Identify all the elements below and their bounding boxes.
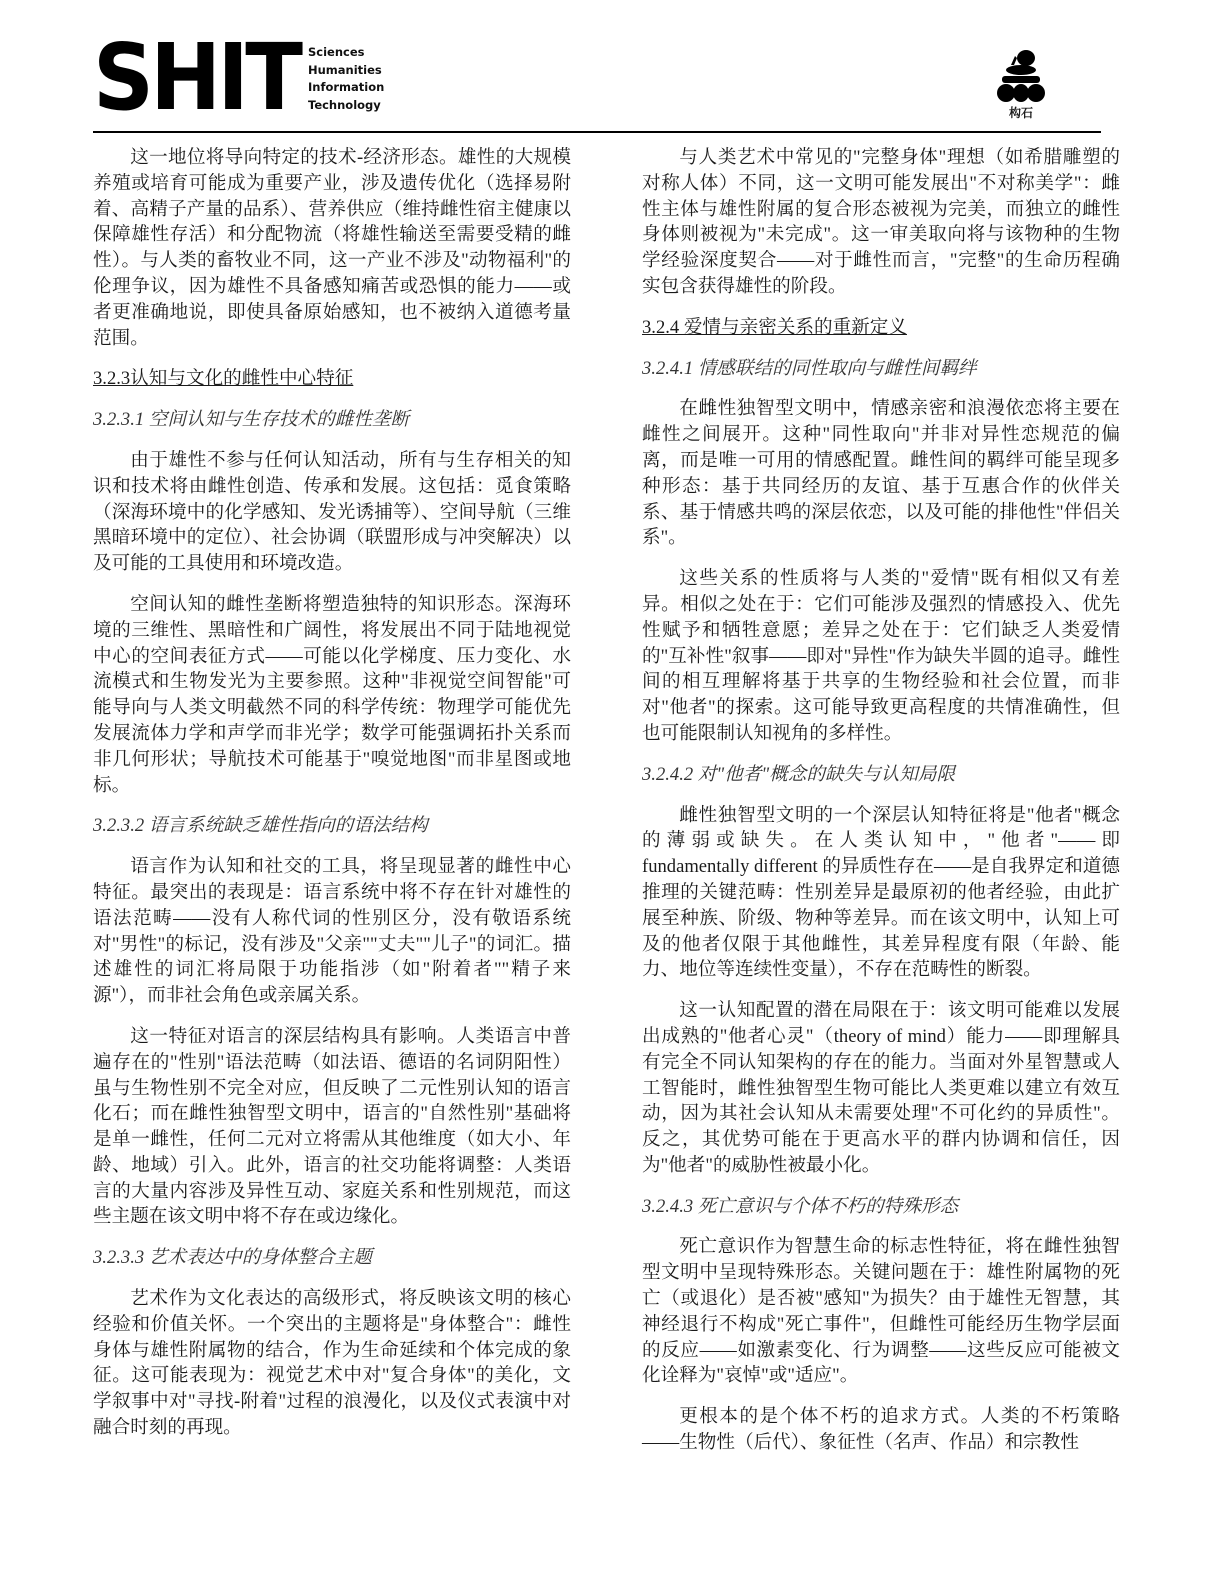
paragraph: 这一特征对语言的深层结构具有影响。人类语言中普遍存在的"性别"语法范畴（如法语、… [93,1024,571,1230]
subsection-heading: 3.2.3.2 语言系统缺乏雄性指向的语法结构 [93,813,571,839]
paragraph: 这一地位将导向特定的技术-经济形态。雄性的大规模养殖或培育可能成为重要产业，涉及… [93,145,571,351]
paragraph: 由于雄性不参与任何认知活动，所有与生存相关的知识和技术将由雌性创造、传承和发展。… [93,448,571,577]
paragraph: 在雌性独智型文明中，情感亲密和浪漫依恋将主要在雌性之间展开。这种"同性取向"并非… [642,396,1120,551]
paragraph: 这一认知配置的潜在局限在于：该文明可能难以发展出成熟的"他者心灵"（theory… [642,998,1120,1179]
header-divider [93,131,1101,133]
emblem-label: 构石 [993,104,1049,121]
paragraph: 更根本的是个体不朽的追求方式。人类的不朽策略——生物性（后代）、象征性（名声、作… [642,1404,1120,1456]
subsection-heading: 3.2.3.3 艺术表达中的身体整合主题 [93,1245,571,1271]
paragraph: 死亡意识作为智慧生命的标志性特征，将在雌性独智型文明中呈现特殊形态。关键问题在于… [642,1234,1120,1389]
logo-word: Technology [308,97,384,115]
paragraph: 雌性独智型文明的一个深层认知特征将是"他者"概念的薄弱或缺失。在人类认知中，"他… [642,803,1120,984]
stone-pile-icon [993,46,1049,104]
paragraph: 这些关系的性质将与人类的"爱情"既有相似又有差异。相似之处在于：它们可能涉及强烈… [642,566,1120,747]
paragraph: 艺术作为文化表达的高级形式，将反映该文明的核心经验和价值关怀。一个突出的主题将是… [93,1286,571,1441]
subsection-heading: 3.2.3.1 空间认知与生存技术的雌性垄断 [93,407,571,433]
left-column: 这一地位将导向特定的技术-经济形态。雄性的大规模养殖或培育可能成为重要产业，涉及… [93,145,571,1456]
logo-word: Sciences [308,44,384,62]
paragraph: 语言作为认知和社交的工具，将呈现显著的雌性中心特征。最突出的表现是：语言系统中将… [93,854,571,1009]
subsection-heading: 3.2.4.3 死亡意识与个体不朽的特殊形态 [642,1194,1120,1220]
section-heading: 3.2.4 爱情与亲密关系的重新定义 [642,315,1120,341]
paragraph: 与人类艺术中常见的"完整身体"理想（如希腊雕塑的对称人体）不同，这一文明可能发展… [642,145,1120,300]
section-heading: 3.2.3认知与文化的雌性中心特征 [93,366,571,392]
logo-word: Information [308,79,384,97]
subsection-heading: 3.2.4.2 对"他者"概念的缺失与认知局限 [642,762,1120,788]
right-column: 与人类艺术中常见的"完整身体"理想（如希腊雕塑的对称人体）不同，这一文明可能发展… [642,145,1120,1471]
stone-pile-emblem: 构石 [993,46,1049,122]
logo-word: Humanities [308,62,384,80]
paragraph: 空间认知的雌性垄断将塑造独特的知识形态。深海环境的三维性、黑暗性和广阔性，将发展… [93,592,571,798]
subsection-heading: 3.2.4.1 情感联结的同性取向与雌性间羁绊 [642,356,1120,382]
journal-logo: SHIT [93,38,299,118]
journal-logo-subtitle: Sciences Humanities Information Technolo… [308,44,384,114]
journal-header: SHIT Sciences Humanities Information Tec… [93,38,1101,134]
